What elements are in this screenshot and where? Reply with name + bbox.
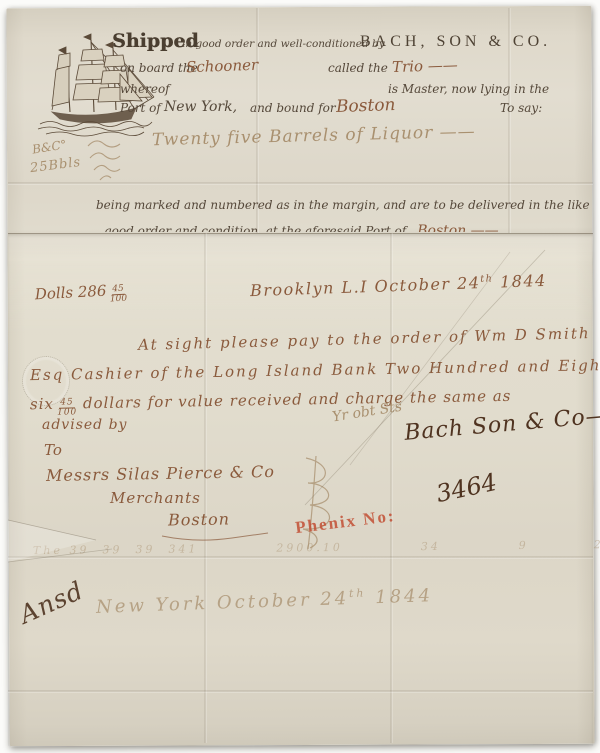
crease-scratch-overlay	[0, 0, 600, 753]
scanned-document-page: Shipped in good order and well-condition…	[0, 0, 600, 753]
